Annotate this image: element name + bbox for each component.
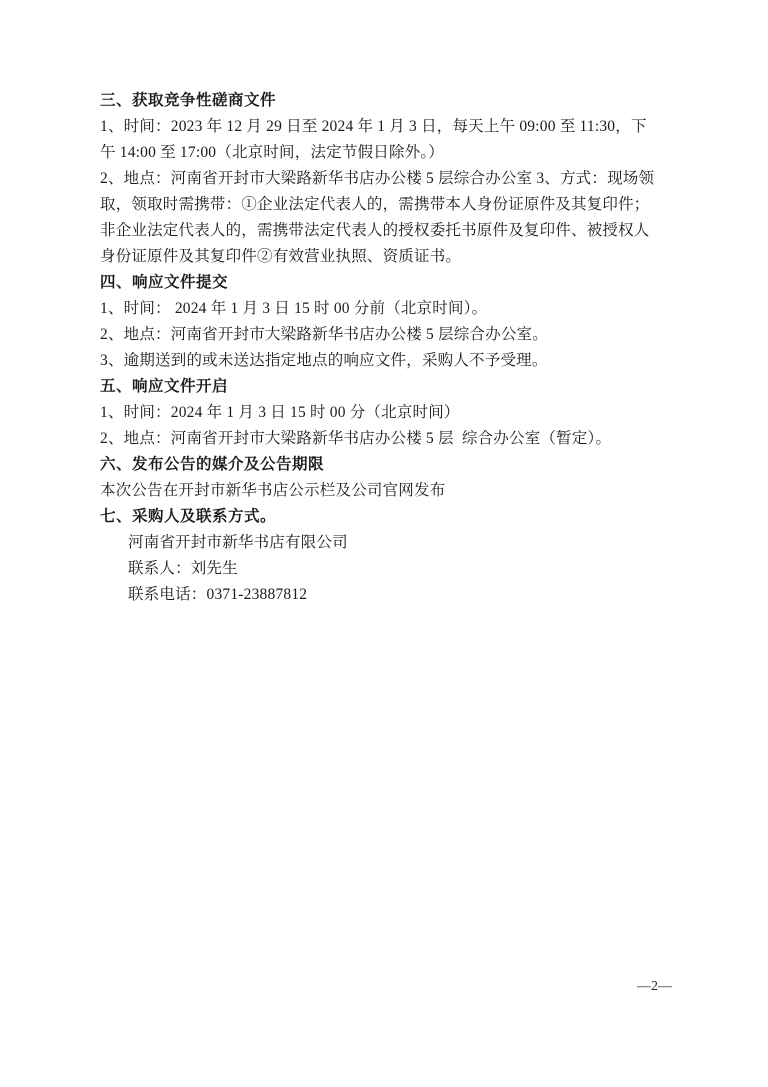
- section-4-heading: 四、响应文件提交: [100, 270, 688, 296]
- section-3-line-1: 1、时间：2023 年 12 月 29 日至 2024 年 1 月 3 日，每天…: [100, 114, 688, 140]
- section-3-line-3: 2、地点：河南省开封市大梁路新华书店办公楼 5 层综合办公室 3、方式：现场领: [100, 166, 688, 192]
- section-3-heading: 三、获取竞争性磋商文件: [100, 88, 688, 114]
- section-3-line-5: 非企业法定代表人的，需携带法定代表人的授权委托书原件及复印件、被授权人: [100, 218, 688, 244]
- section-4-line-3: 3、逾期送到的或未送达指定地点的响应文件，采购人不予受理。: [100, 348, 688, 374]
- section-5-heading: 五、响应文件开启: [100, 374, 688, 400]
- section-5-line-1: 1、时间：2024 年 1 月 3 日 15 时 00 分（北京时间）: [100, 400, 688, 426]
- section-6-heading: 六、发布公告的媒介及公告期限: [100, 452, 688, 478]
- section-6-line-1: 本次公告在开封市新华书店公示栏及公司官网发布: [100, 478, 688, 504]
- page-number: —2—: [637, 978, 672, 996]
- section-4-line-1: 1、时间： 2024 年 1 月 3 日 15 时 00 分前（北京时间）。: [100, 296, 688, 322]
- section-5-line-2: 2、地点：河南省开封市大梁路新华书店办公楼 5 层 综合办公室（暂定）。: [100, 426, 688, 452]
- section-3-line-2: 午 14:00 至 17:00（北京时间，法定节假日除外。）: [100, 140, 688, 166]
- contact-phone: 联系电话：0371-23887812: [100, 582, 688, 608]
- section-3-line-4: 取，领取时需携带：①企业法定代表人的，需携带本人身份证原件及其复印件；: [100, 192, 688, 218]
- contact-person: 联系人：刘先生: [100, 556, 688, 582]
- document-page: 三、获取竞争性磋商文件 1、时间：2023 年 12 月 29 日至 2024 …: [0, 0, 768, 1087]
- section-3-line-6: 身份证原件及其复印件②有效营业执照、资质证书。: [100, 244, 688, 270]
- purchaser-name: 河南省开封市新华书店有限公司: [100, 530, 688, 556]
- section-7-heading: 七、采购人及联系方式。: [100, 504, 688, 530]
- section-4-line-2: 2、地点：河南省开封市大梁路新华书店办公楼 5 层综合办公室。: [100, 322, 688, 348]
- document-body: 三、获取竞争性磋商文件 1、时间：2023 年 12 月 29 日至 2024 …: [100, 88, 688, 608]
